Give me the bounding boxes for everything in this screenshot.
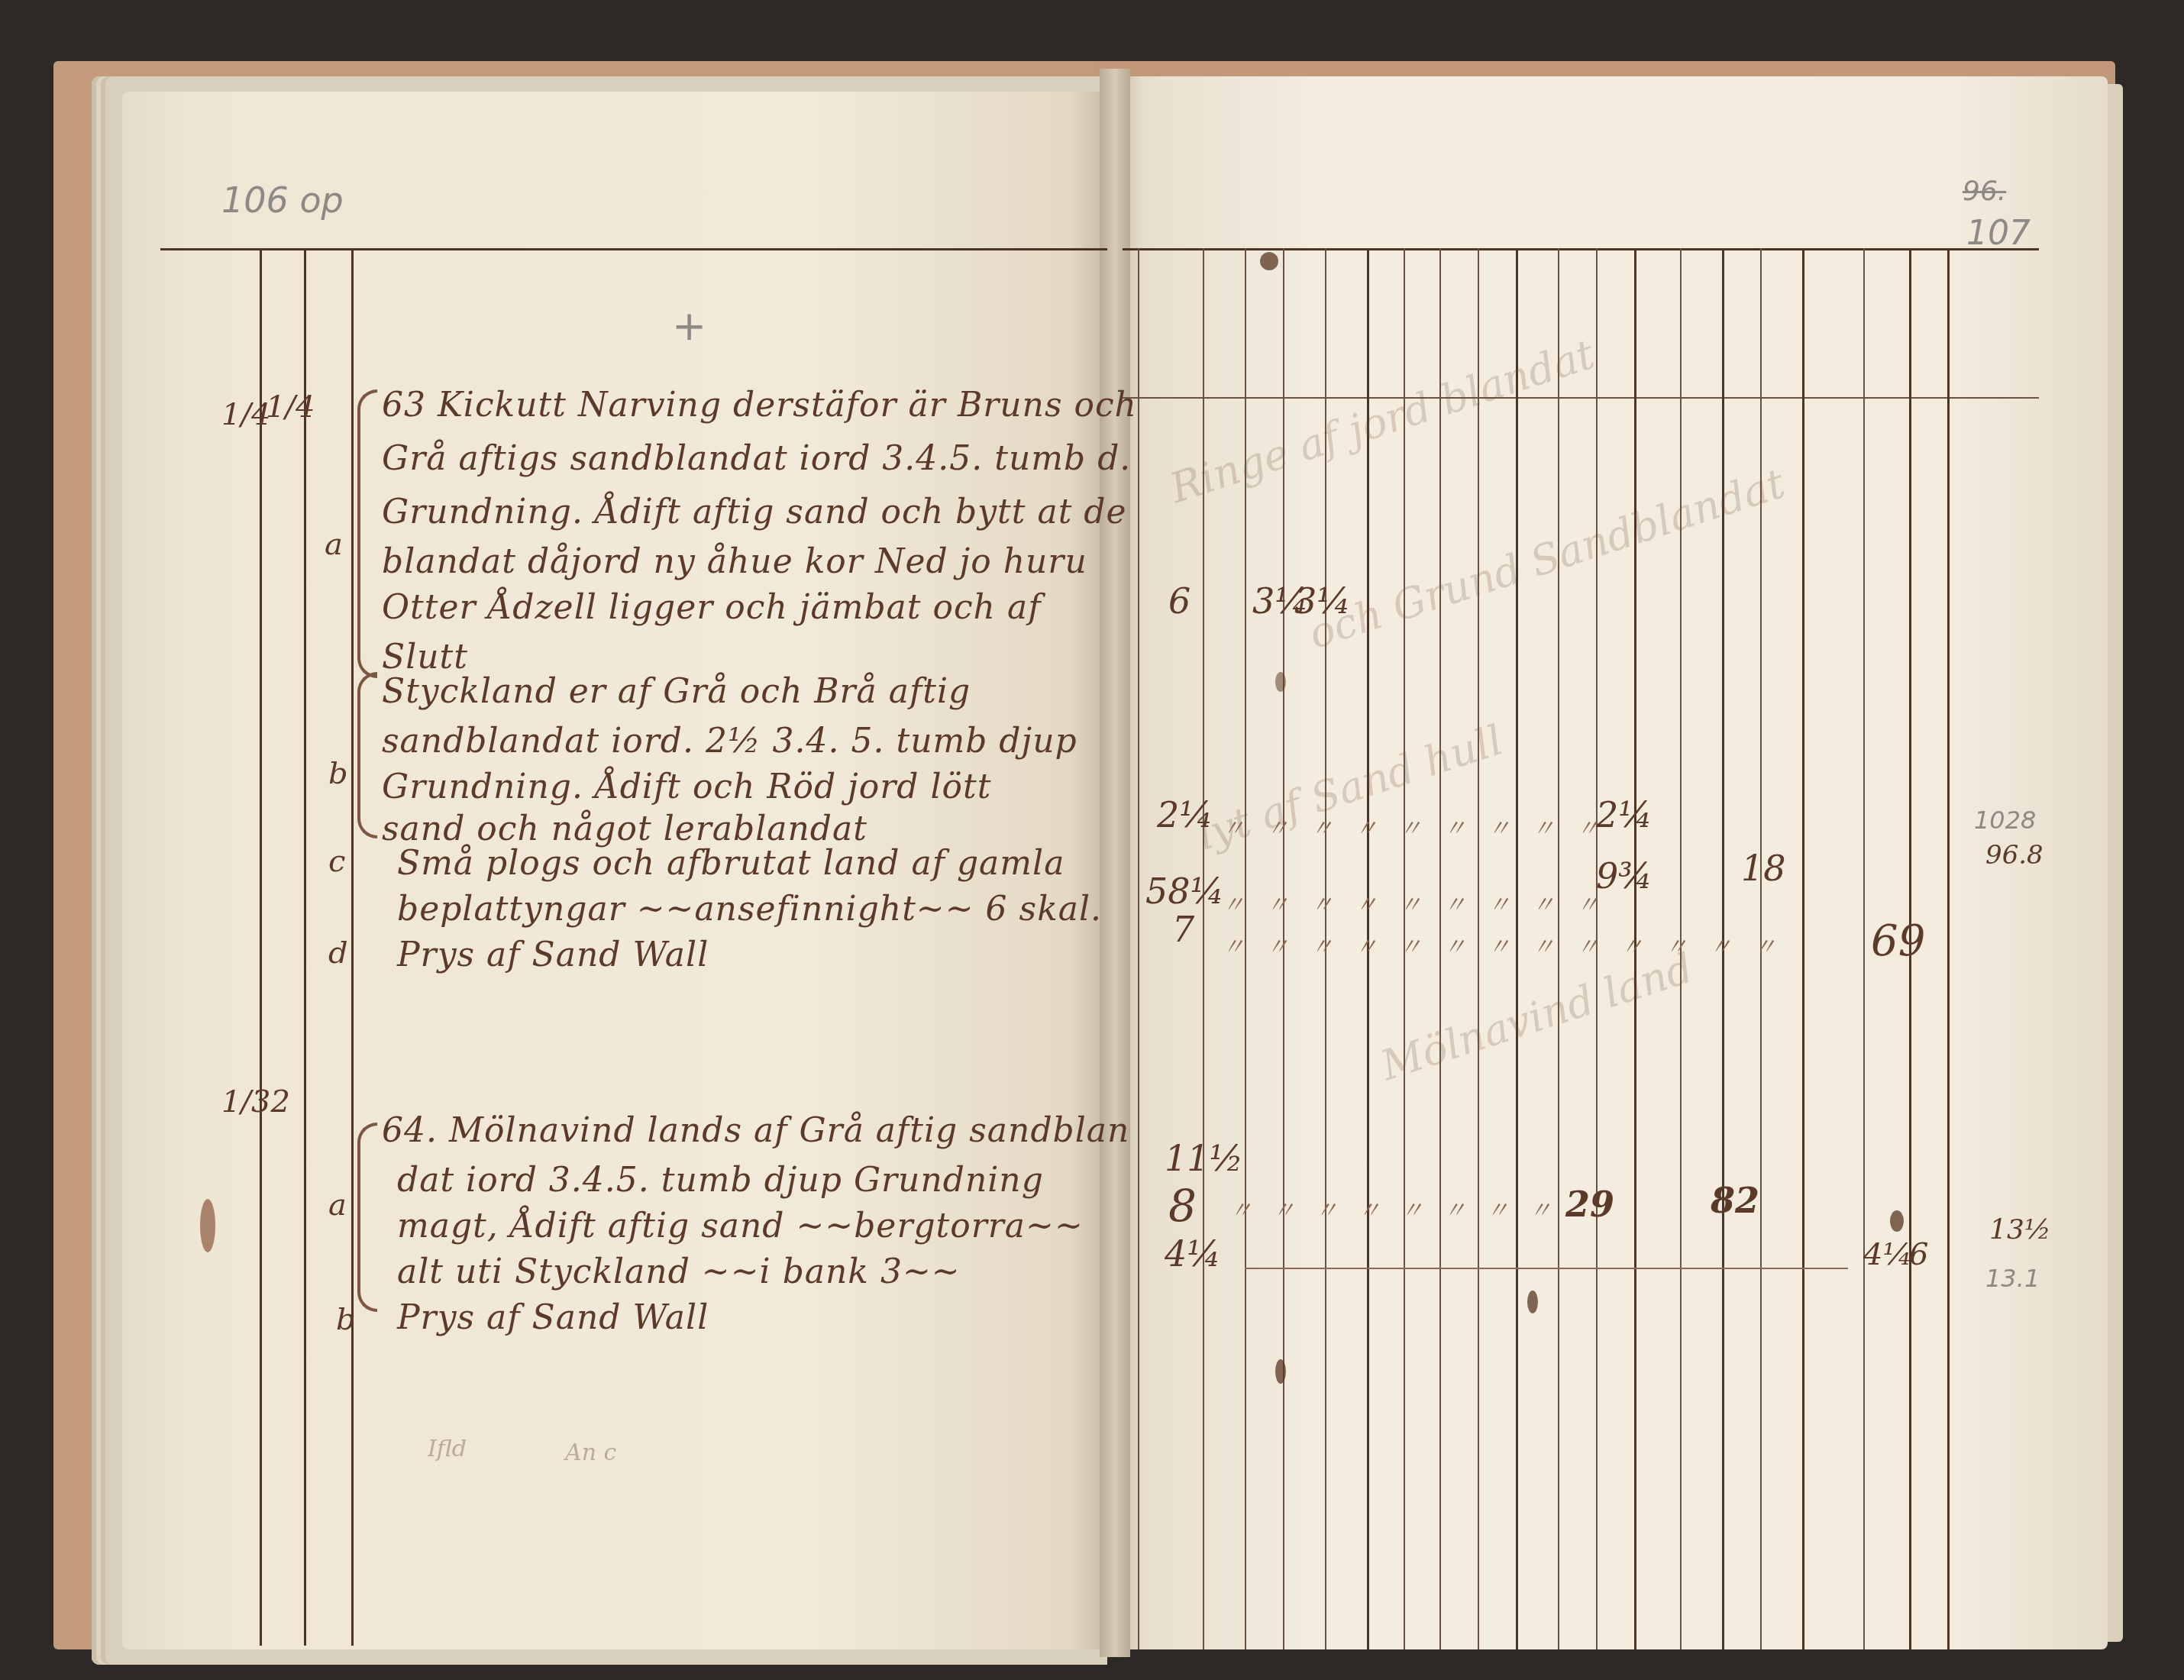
entry-63b-line-2: sandblandat iord. 2½ 3.4. 5. tumb djup [382, 722, 1077, 761]
cell-64b-col15: 4¼ [1863, 1237, 1912, 1272]
row-label-64b: b [336, 1302, 356, 1337]
cell-64b-col16: 6 [1909, 1237, 1928, 1272]
entry-64a-line-4: alt uti Styckland ~~i bank 3~~ [397, 1252, 961, 1291]
right-col-rule [1863, 248, 1865, 1649]
cell-63d-total: 69 [1871, 916, 1925, 966]
margin-pencil-total-64: 13.1 [1985, 1264, 2040, 1293]
right-folio-struck: 96. [1963, 176, 2006, 207]
entry-63-fraction-1: 1/4 [221, 397, 270, 432]
entry-63c-line-2: beplattyngar ~~ansefinnight~~ 6 skal. [397, 890, 1102, 929]
entry-64a-line-1: 64. Mölnavind lands af Grå aftig sandbla… [382, 1111, 1129, 1150]
entry-64-fraction: 1/32 [221, 1084, 290, 1119]
entry-63a-line-2: Grå aftigs sandblandat iord 3.4.5. tumb … [382, 439, 1131, 478]
brace-63b [357, 672, 377, 838]
bleed-mark-1: Ifld [428, 1436, 467, 1462]
left-col-rule-3 [351, 248, 354, 1646]
cell-63c-col12: 18 [1741, 848, 1786, 889]
cell-63b-col11: 2¼ [1596, 794, 1653, 835]
brace-63a [357, 389, 377, 678]
right-col-rule [1138, 248, 1139, 1649]
pencil-cross-mark: + [672, 302, 706, 350]
ditto-marks-63d: 〃〃〃〃〃〃〃〃〃〃〃〃〃 [1222, 928, 1798, 961]
cell-63c-col11: 9¾ [1596, 855, 1653, 897]
right-header-rule [1123, 248, 2039, 250]
entry-63d-line-1: Prys af Sand Wall [397, 935, 709, 974]
entry-63a-line-1: 63 Kickutt Narving derstäfor är Bruns oc… [382, 386, 1137, 425]
left-col-rule-2 [304, 248, 306, 1646]
row-label-63d: d [328, 935, 348, 971]
ink-blot [1527, 1291, 1538, 1313]
right-col-rule [1802, 248, 1804, 1649]
cell-63b-col1: 2¼ [1157, 794, 1213, 835]
margin-ink-total-63: 96.8 [1985, 840, 2043, 871]
ink-dot [1260, 252, 1278, 270]
cell-64a-col10: 82 [1711, 1180, 1759, 1221]
right-col-rule [1947, 248, 1950, 1649]
cell-64a-col1: 11½ [1165, 1138, 1243, 1179]
row-label-64a: a [328, 1187, 347, 1223]
brace-64a [357, 1123, 377, 1312]
left-folio-number: 106 op [221, 179, 344, 221]
cell-64b-col1: 4¼ [1165, 1233, 1221, 1275]
strike-line-64b [1245, 1268, 1848, 1269]
row-label-63c: c [328, 844, 345, 879]
entry-63c-line-1: Små plogs och afbrutat land af gamla [397, 844, 1065, 883]
entry-63a-line-6: Slutt [382, 638, 468, 677]
ditto-marks-63c: 〃〃〃〃〃〃〃〃〃 [1222, 886, 1620, 919]
ditto-marks-64a: 〃〃〃〃〃〃〃〃 [1229, 1191, 1572, 1225]
entry-63b-line-3: Grundning. Ådift och Röd jord lött [382, 767, 991, 806]
cell-64a-col9: 29 [1565, 1184, 1614, 1225]
margin-ink-total-64: 13½ [1989, 1214, 2051, 1245]
cell-63d-col1: 7 [1172, 909, 1194, 950]
ink-blot [1275, 1359, 1286, 1384]
ink-blot [1890, 1210, 1904, 1232]
entry-63a-line-3: Grundning. Ådift aftig sand och bytt at … [382, 493, 1127, 531]
cell-64a-col2: 8 [1168, 1180, 1197, 1232]
entry-63b-line-4: sand och något lerablandat [382, 809, 867, 848]
cell-63a-col1: 6 [1168, 580, 1191, 622]
left-header-rule [160, 248, 1107, 250]
bleed-mark-2: An c [565, 1439, 616, 1466]
margin-pencil-total-63: 1028 [1974, 806, 2036, 835]
ink-stain [200, 1199, 215, 1252]
entry-64a-line-2: dat iord 3.4.5. tumb djup Grundning [397, 1161, 1044, 1200]
book-gutter [1100, 69, 1130, 1657]
right-folio-number: 107 [1966, 214, 2031, 253]
entry-63a-line-5: Otter Ådzell ligger och jämbat och af [382, 588, 1041, 627]
row-label-63b: b [328, 756, 348, 791]
ink-blot [1275, 672, 1286, 692]
entry-63-fraction-2: 1/4 [266, 389, 315, 425]
entry-63a-line-4: blandat dåjord ny åhue kor Ned jo huru [382, 542, 1087, 581]
right-subheader-rule [1123, 397, 2039, 399]
ditto-marks-63b: 〃〃〃〃〃〃〃〃〃 [1222, 809, 1620, 843]
entry-63b-line-1: Styckland er af Grå och Brå aftig [382, 672, 971, 711]
cell-63a-col3: 3¼ [1294, 580, 1351, 622]
entry-64b-line-1: Prys af Sand Wall [397, 1298, 709, 1337]
entry-64a-line-3: magt, Ådift aftig sand ~~bergtorra~~ [397, 1207, 1084, 1245]
row-label-63a: a [325, 527, 343, 562]
left-col-rule-1 [260, 248, 262, 1646]
cell-63c-col1: 58¼ [1145, 871, 1224, 912]
